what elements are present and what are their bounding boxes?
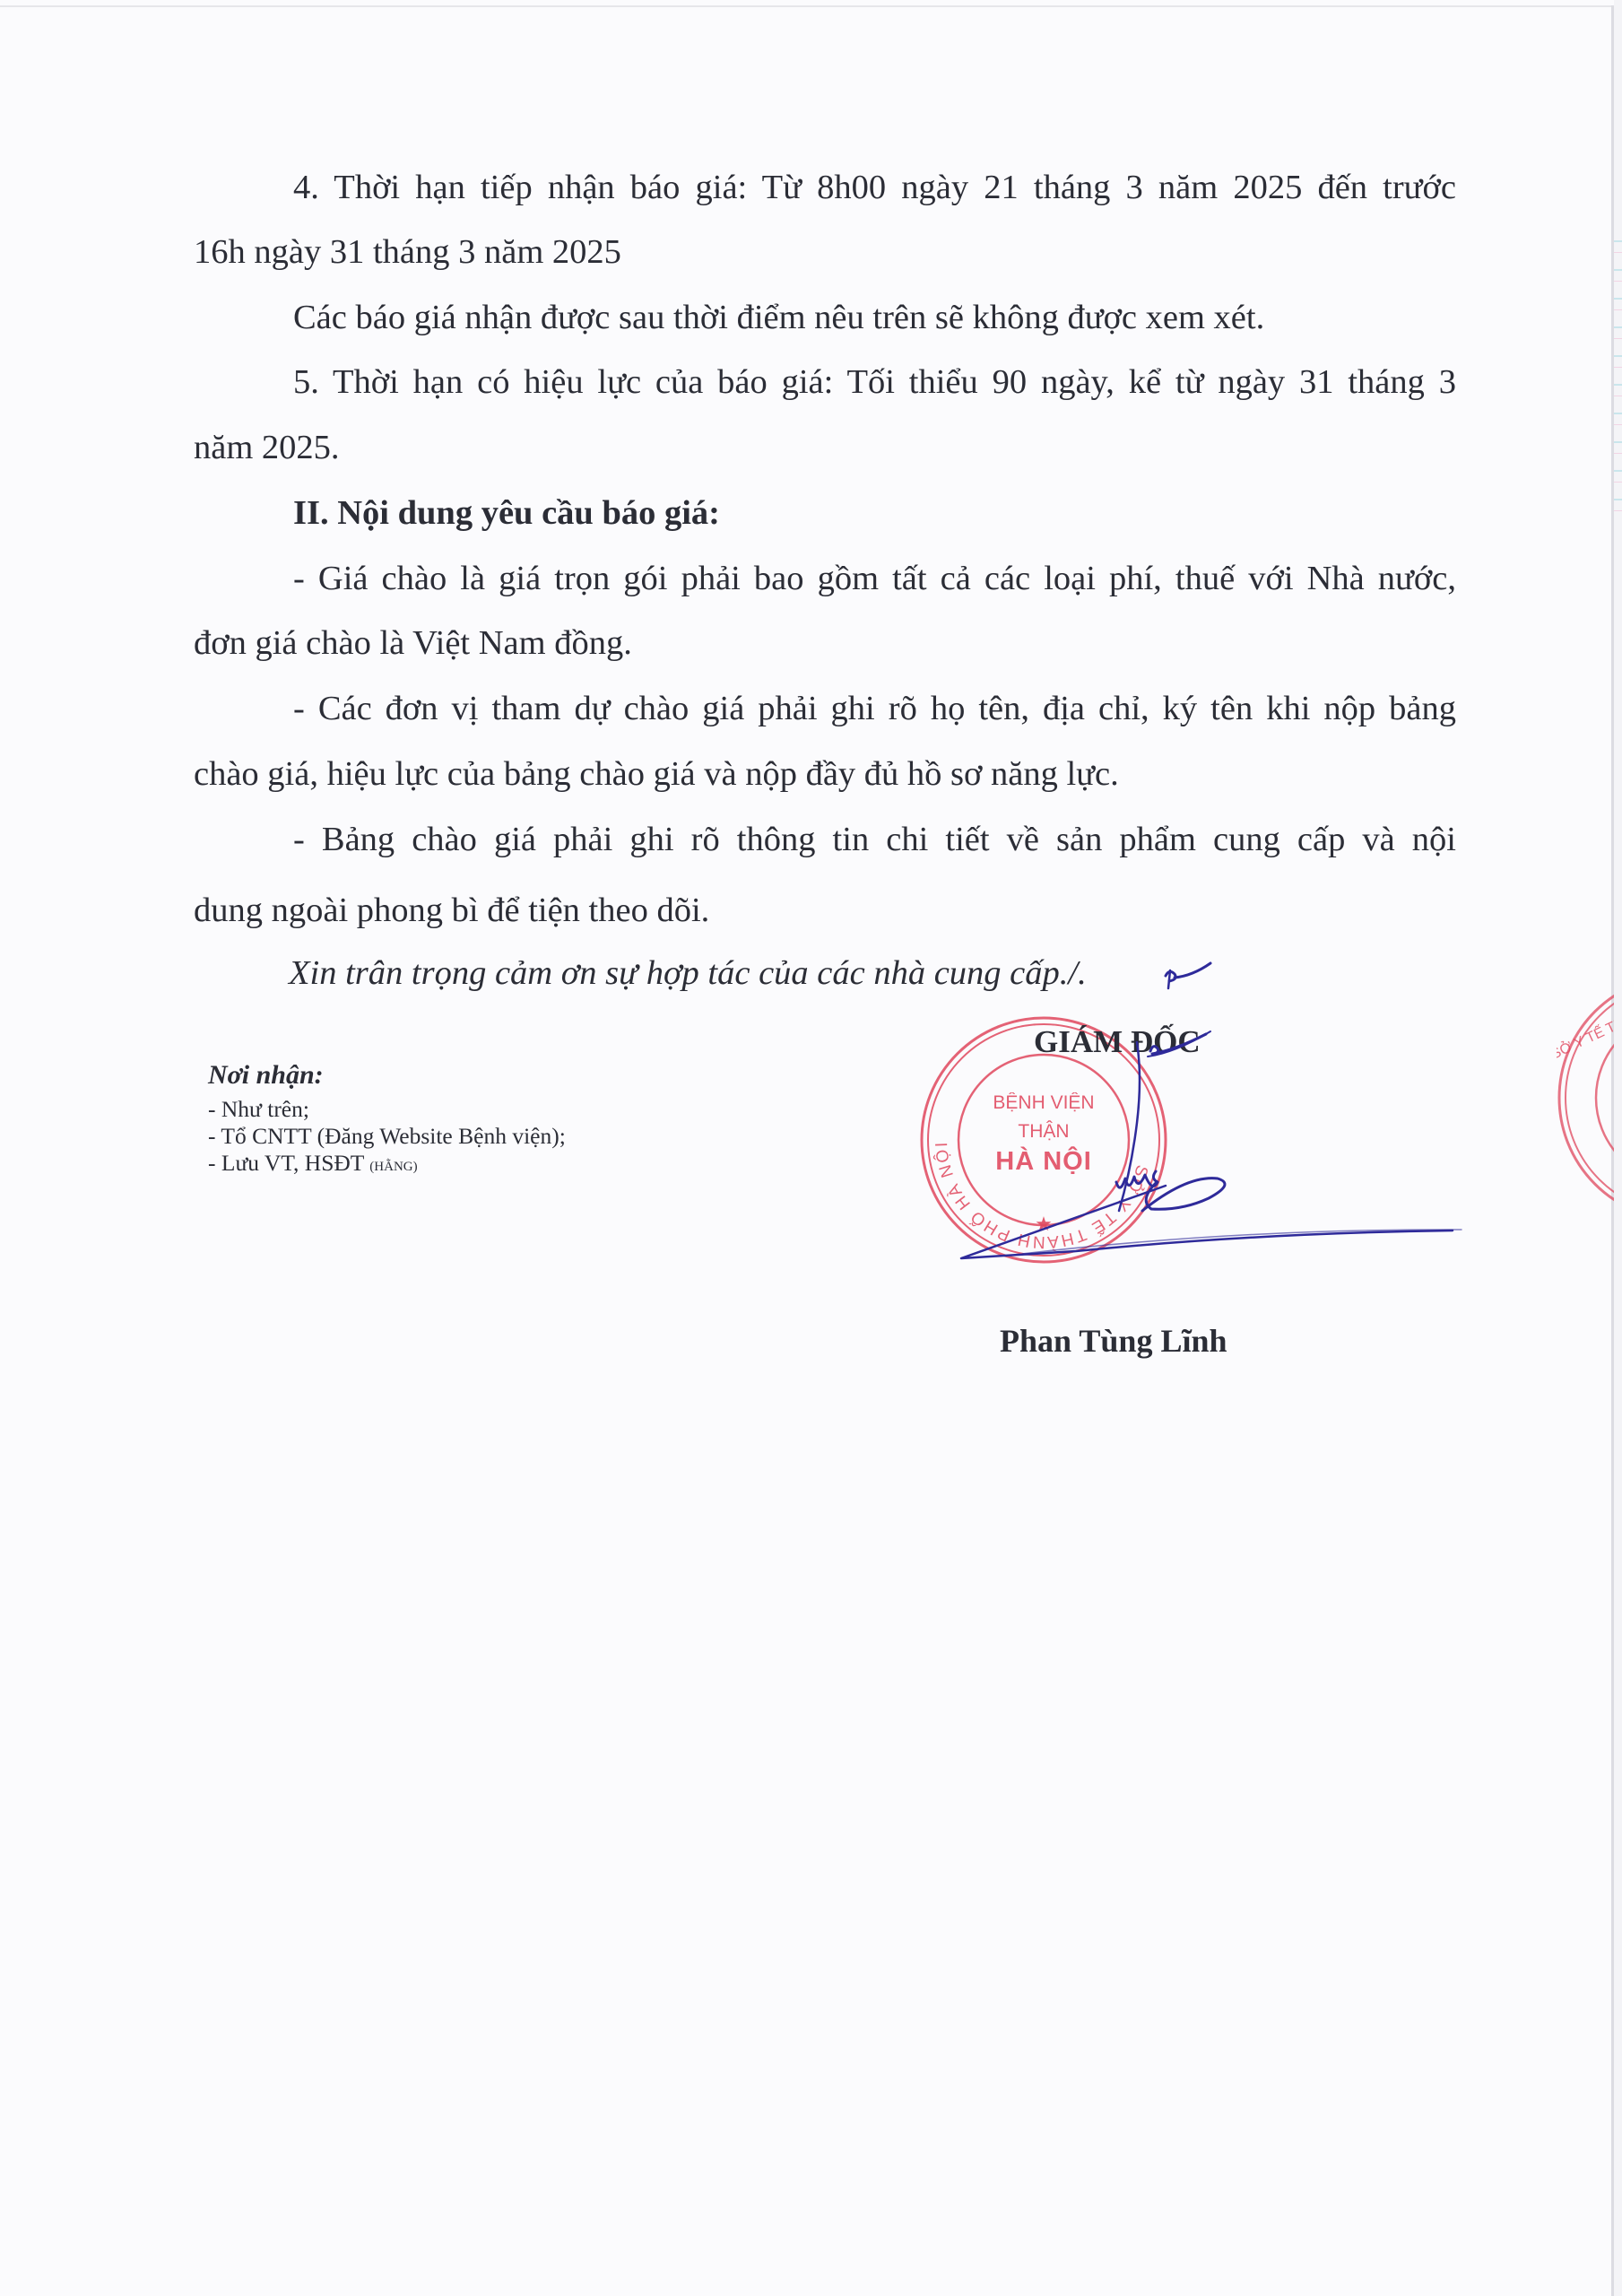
section-2-heading: II. Nội dung yêu cầu báo giá: — [293, 496, 720, 531]
signer-name: Phan Tùng Lĩnh — [1000, 1325, 1227, 1357]
stamp-center-line-2: THẬN — [1018, 1121, 1069, 1142]
item-5-line-2: năm 2025. — [194, 430, 340, 465]
recipient-item: - Như trên; — [208, 1098, 309, 1121]
scanner-artifact-marks — [1614, 224, 1622, 520]
recipient-text: - Như trên; — [208, 1096, 309, 1122]
recipients-title: Nơi nhận: — [208, 1062, 324, 1089]
requirement-3-line-2: dung ngoài phong bì để tiện theo dõi. — [194, 893, 709, 928]
requirement-1-line-2: đơn giá chào là Việt Nam đồng. — [194, 626, 632, 661]
item-4-note: Các báo giá nhận được sau thời điểm nêu … — [293, 300, 1264, 335]
partial-stamp-icon: SỞ Y TẾ THÀNH PHỐ HÀ NỘI BỆNH VIỆN THẬN … — [1557, 973, 1622, 1222]
stamp-center-line-3: HÀ NỘI — [995, 1145, 1092, 1176]
item-4-line-2: 16h ngày 31 tháng 3 năm 2025 — [194, 235, 621, 270]
requirement-1-line-1: - Giá chào là giá trọn gói phải bao gồm … — [293, 561, 1456, 596]
recipient-item: - Tổ CNTT (Đăng Website Bệnh viện); — [208, 1125, 566, 1148]
stamp-center-line-1: BỆNH VIỆN — [993, 1092, 1094, 1113]
stamp-star-icon: ★ — [1035, 1213, 1053, 1235]
closing-remark: Xin trân trọng cảm ơn sự hợp tác của các… — [289, 956, 1087, 991]
item-4-line-1: 4. Thời hạn tiếp nhận báo giá: Từ 8h00 n… — [293, 170, 1456, 205]
requirement-2-line-1: - Các đơn vị tham dự chào giá phải ghi r… — [293, 691, 1456, 726]
recipient-text: - Tổ CNTT (Đăng Website Bệnh viện); — [208, 1123, 566, 1149]
requirement-2-line-2: chào giá, hiệu lực của bảng chào giá và … — [194, 757, 1119, 792]
director-title: GIÁM ĐỐC — [1034, 1026, 1201, 1057]
recipient-note: (HẰNG) — [369, 1160, 417, 1174]
item-5-line-1: 5. Thời hạn có hiệu lực của báo giá: Tối… — [293, 365, 1456, 400]
recipient-item: - Lưu VT, HSĐT (HẰNG) — [208, 1152, 418, 1175]
recipient-text: - Lưu VT, HSĐT — [208, 1150, 369, 1176]
page-top-edge — [0, 5, 1612, 7]
requirement-3-line-1: - Bảng chào giá phải ghi rõ thông tin ch… — [293, 822, 1456, 857]
